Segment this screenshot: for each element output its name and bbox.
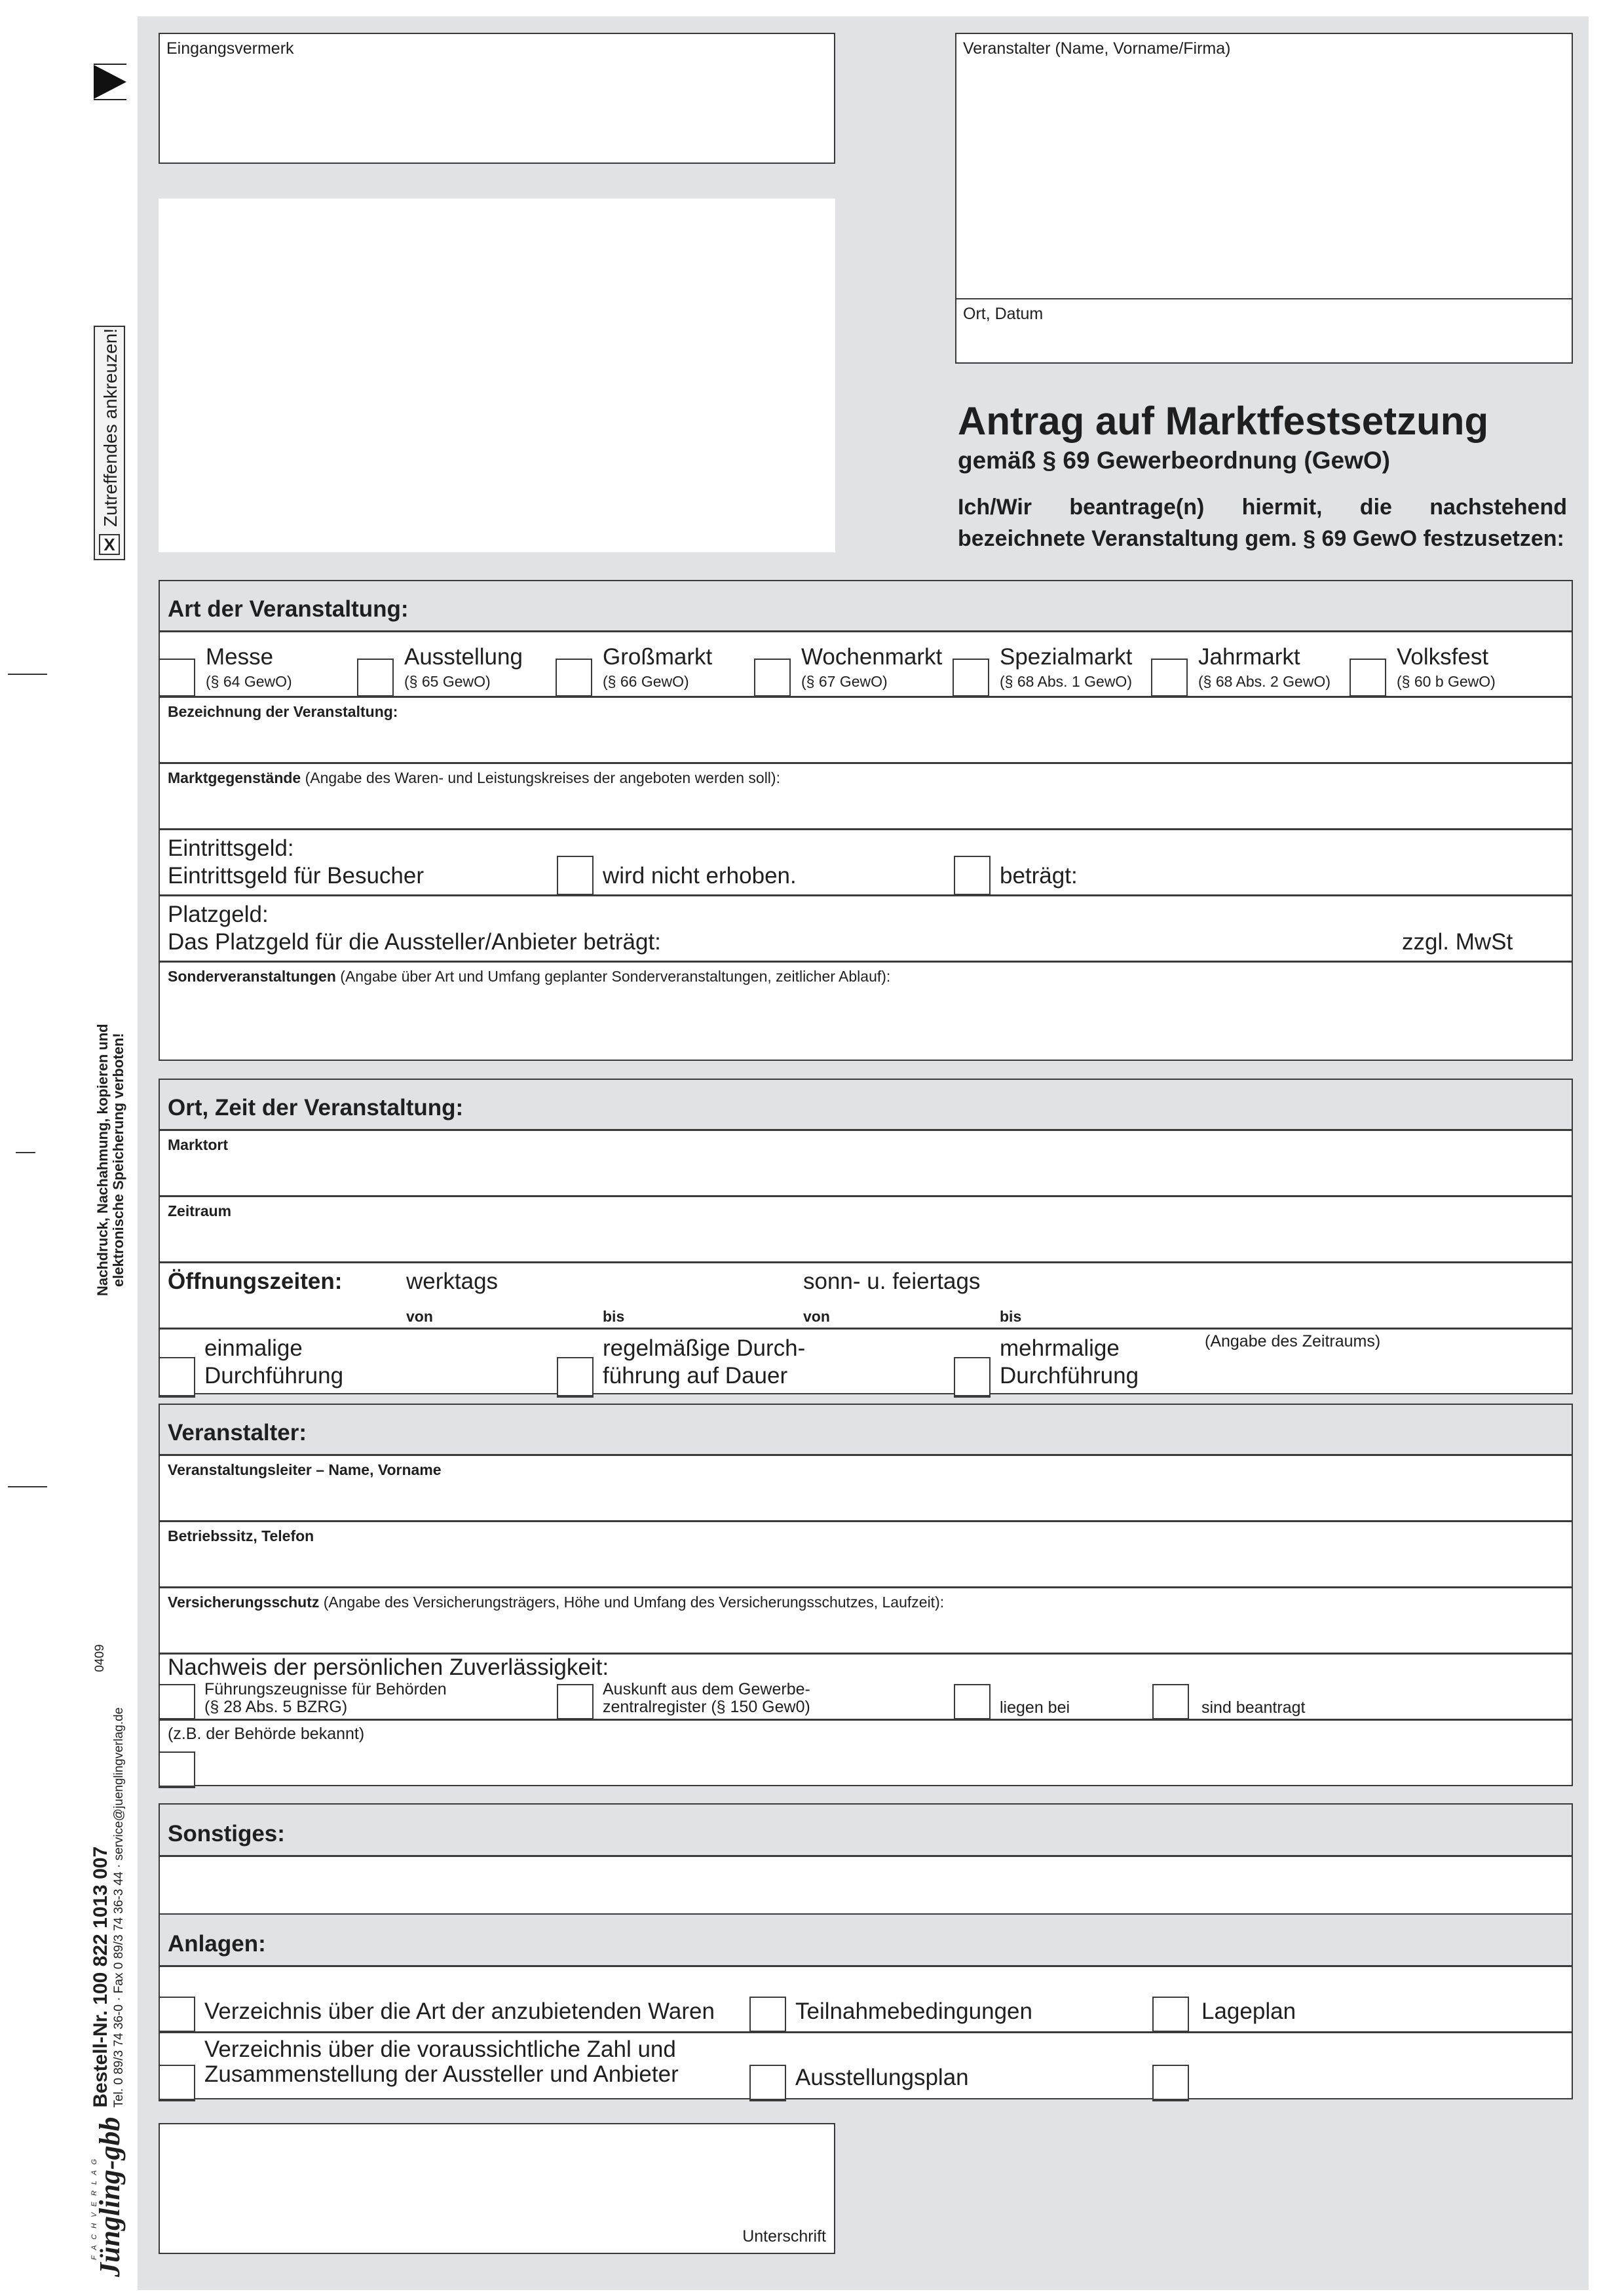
- event-type-label: Volksfest: [1397, 644, 1488, 670]
- entry-fee-row: Eintrittsgeld: Eintrittsgeld für Besuche…: [160, 830, 1572, 896]
- publisher-block: F A C H V E R L A G Jüngling-gbb Bestell…: [90, 1644, 127, 2277]
- event-type-checkbox[interactable]: [1350, 659, 1386, 698]
- page-subtitle: gemäß § 69 Gewerbeordnung (GewO): [958, 447, 1390, 474]
- event-type-checkbox[interactable]: [357, 659, 394, 698]
- page-title: Antrag auf Marktfestsetzung: [958, 398, 1488, 444]
- event-type-label: Ausstellung: [404, 644, 523, 670]
- multiple-checkbox[interactable]: [954, 1357, 991, 1398]
- event-leader-field[interactable]: Veranstaltungsleiter – Name, Vorname: [160, 1456, 1572, 1522]
- entry-fee-amount-checkbox[interactable]: [954, 856, 991, 896]
- event-type-law: (§ 60 b GewO): [1397, 673, 1496, 691]
- section-attachments: Anlagen: Verzeichnis über die Art der an…: [159, 1913, 1573, 2099]
- event-type-checkbox[interactable]: [556, 659, 592, 698]
- event-type-label: Spezialmarkt: [1000, 644, 1132, 670]
- exhibitors-list-checkbox[interactable]: [159, 2065, 195, 2101]
- period-field[interactable]: Zeitraum: [160, 1197, 1572, 1263]
- event-type-checkbox[interactable]: [159, 659, 195, 698]
- goods-field[interactable]: Marktgegenstände (Angabe des Waren- und …: [160, 764, 1572, 830]
- once-checkbox[interactable]: [159, 1357, 195, 1398]
- frequency-row: einmaligeDurchführung regelmäßige Durch-…: [160, 1330, 1572, 1396]
- page-marker-arrow-icon: [94, 64, 126, 100]
- available-checkbox[interactable]: [954, 1684, 991, 1721]
- known-row: (z.B. der Behörde bekannt): [160, 1721, 1572, 1786]
- publisher-logo: F A C H V E R L A G Jüngling-gbb: [93, 2116, 127, 2277]
- section-heading: Art der Veranstaltung:: [160, 581, 1572, 632]
- event-type-law: (§ 66 GewO): [603, 673, 689, 691]
- goods-list-checkbox[interactable]: [159, 1997, 195, 2033]
- opening-hours-row[interactable]: Öffnungszeiten: werktags sonn- u. feiert…: [160, 1263, 1572, 1330]
- contact-info: Tel. 0 89/3 74 36-0 · Fax 0 89/3 74 36-3…: [111, 1708, 127, 2108]
- event-type-label: Wochenmarkt: [801, 644, 942, 670]
- attachments-row-1: Verzeichnis über die Art der anzubietend…: [160, 1967, 1572, 2033]
- insurance-field[interactable]: Versicherungsschutz (Angabe des Versiche…: [160, 1588, 1572, 1655]
- designation-field[interactable]: Bezeichnung der Veranstaltung:: [160, 698, 1572, 764]
- exhibition-plan-checkbox[interactable]: [749, 2065, 786, 2101]
- requested-checkbox[interactable]: [1152, 1684, 1189, 1721]
- event-type-checkbox[interactable]: [953, 659, 989, 698]
- section-misc: Sonstiges:: [159, 1803, 1573, 1923]
- event-type-law: (§ 67 GewO): [801, 673, 888, 691]
- section-place-time: Ort, Zeit der Veranstaltung: Marktort Ze…: [159, 1079, 1573, 1394]
- address-window: [159, 199, 835, 552]
- special-events-field[interactable]: Sonderveranstaltungen (Angabe über Art u…: [160, 963, 1572, 1061]
- event-type-checkbox[interactable]: [754, 659, 791, 698]
- stand-fee-row[interactable]: Platzgeld: Das Platzgeld für die Ausstel…: [160, 896, 1572, 963]
- event-type-law: (§ 64 GewO): [206, 673, 292, 691]
- form-version: 0409: [93, 1644, 107, 1672]
- place-date-field[interactable]: Ort, Datum: [955, 298, 1573, 364]
- fold-mark: [8, 674, 47, 675]
- event-type-checkbox[interactable]: [1151, 659, 1188, 698]
- regular-checkbox[interactable]: [557, 1357, 594, 1398]
- entry-fee-none-checkbox[interactable]: [557, 856, 594, 896]
- office-phone-field[interactable]: Betriebssitz, Telefon: [160, 1522, 1572, 1588]
- event-type-label: Messe: [206, 644, 273, 670]
- signature-field[interactable]: Unterschrift: [159, 2123, 835, 2254]
- event-type-label: Großmarkt: [603, 644, 712, 670]
- fold-mark: [8, 1486, 47, 1487]
- order-number: Bestell-Nr. 100 822 1013 007: [90, 1708, 111, 2108]
- known-checkbox[interactable]: [159, 1751, 195, 1788]
- checkbox-hint: X Zutreffendes ankreuzen!: [94, 326, 125, 560]
- checkbox-hint-mark: X: [99, 534, 120, 555]
- register-checkbox[interactable]: [557, 1684, 594, 1721]
- copyright-notice: Nachdruck, Nachahmung, kopieren und elek…: [95, 1024, 126, 1296]
- punch-mark: [16, 1152, 35, 1153]
- other-attachment-checkbox[interactable]: [1152, 2065, 1189, 2101]
- receipt-stamp-field[interactable]: Eingangsvermerk: [159, 33, 835, 164]
- organizer-name-field[interactable]: Veranstalter (Name, Vorname/Firma): [955, 33, 1573, 300]
- event-type-law: (§ 68 Abs. 1 GewO): [1000, 673, 1132, 691]
- certificate-checkbox[interactable]: [159, 1684, 195, 1721]
- checkbox-hint-text: Zutreffendes ankreuzen!: [100, 328, 121, 527]
- reliability-row: Nachweis der persönlichen Zuverlässigkei…: [160, 1655, 1572, 1721]
- event-type-label: Jahrmarkt: [1198, 644, 1300, 670]
- terms-checkbox[interactable]: [749, 1997, 786, 2033]
- event-type-row: Messe(§ 64 GewO)Ausstellung(§ 65 GewO)Gr…: [160, 632, 1572, 698]
- event-type-law: (§ 68 Abs. 2 GewO): [1198, 673, 1331, 691]
- section-event-type: Art der Veranstaltung: Messe(§ 64 GewO)A…: [159, 580, 1573, 1061]
- attachments-row-2: Verzeichnis über die voraussichtliche Za…: [160, 2033, 1572, 2099]
- location-field[interactable]: Marktort: [160, 1131, 1572, 1197]
- section-organizer: Veranstalter: Veranstaltungsleiter – Nam…: [159, 1404, 1573, 1786]
- event-type-law: (§ 65 GewO): [404, 673, 491, 691]
- site-plan-checkbox[interactable]: [1152, 1997, 1189, 2033]
- intro-text: Ich/Wir beantrage(n) hiermit, die nachst…: [958, 491, 1567, 554]
